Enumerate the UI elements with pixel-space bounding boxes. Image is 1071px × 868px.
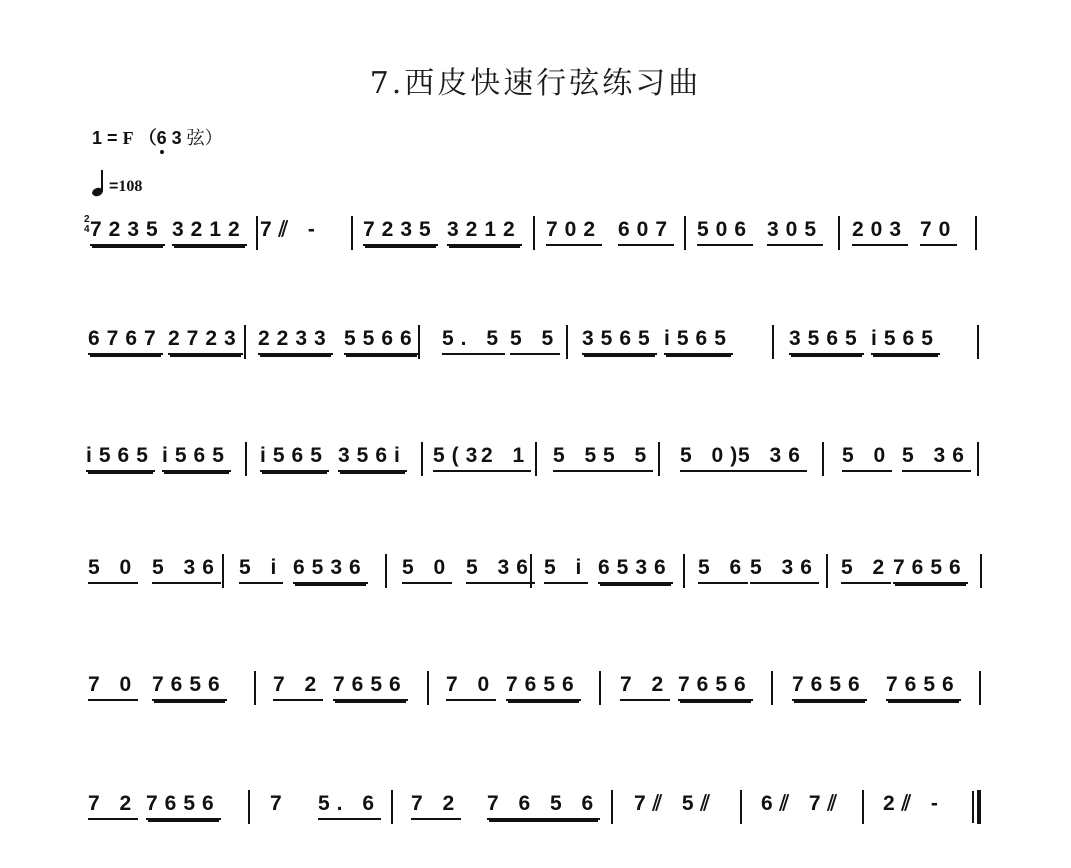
- tempo-equals: =: [109, 178, 118, 196]
- barline: [822, 442, 824, 476]
- beat-group: i565: [871, 327, 940, 355]
- beat-group: 5 36: [750, 556, 819, 584]
- beat-group: 702: [546, 218, 602, 246]
- beat-group: 5 36: [152, 556, 221, 584]
- beat-group: 607: [618, 218, 674, 246]
- beat-group: 5. 6: [318, 792, 381, 820]
- beat-group: 5 5: [603, 444, 653, 472]
- barline: [566, 325, 568, 359]
- barline: [418, 325, 420, 359]
- beat-group: 5 5: [553, 444, 603, 472]
- score-line: 67672723223355665. 55 53565i5653565i565: [0, 323, 1071, 383]
- beat-group: 7235: [90, 218, 165, 246]
- beat-group: 5 36: [738, 444, 807, 472]
- beat-group: 5 i: [544, 556, 588, 584]
- key-equals: =: [107, 128, 118, 148]
- barline: [421, 442, 423, 476]
- tempo-bpm: 108: [118, 178, 142, 196]
- barline: [351, 216, 353, 250]
- barline: [222, 554, 224, 588]
- beat-group: i565: [86, 444, 155, 472]
- beat-group: 6⫽ 7⫽: [761, 792, 844, 816]
- beat-group: 7 0: [446, 673, 496, 701]
- beat-group: 5 36: [902, 444, 971, 472]
- barline: [862, 790, 864, 824]
- beat-group: 7 2: [620, 673, 670, 701]
- beat-group: 5. 5: [442, 327, 505, 355]
- barline: [683, 554, 685, 588]
- beat-group: 5 6: [698, 556, 748, 584]
- beat-group: 7656: [792, 673, 867, 701]
- beat-group: 356i: [338, 444, 407, 472]
- barline: [533, 216, 535, 250]
- barline: [979, 671, 981, 705]
- score-line: 5 05 365 i65365 05 365 i65365 65 365 276…: [0, 552, 1071, 612]
- barline: [599, 671, 601, 705]
- score-line: 723532127⫽ -7235321270260750630520370: [0, 214, 1071, 274]
- barline: [684, 216, 686, 250]
- beat-group: i565: [260, 444, 329, 472]
- beat-group: 7656: [146, 792, 221, 820]
- barline: [980, 554, 982, 588]
- beat-group: i565: [664, 327, 733, 355]
- beat-group: 6536: [293, 556, 368, 584]
- beat-group: 5566: [344, 327, 419, 355]
- beat-group: 7656: [506, 673, 581, 701]
- barline: [256, 216, 258, 250]
- beat-group: 7⫽ 5⫽: [634, 792, 717, 816]
- barline: [245, 442, 247, 476]
- beat-group: 203: [852, 218, 908, 246]
- beat-group: 7656: [152, 673, 227, 701]
- barline: [771, 671, 773, 705]
- barline: [740, 790, 742, 824]
- beat-group: 70: [920, 218, 957, 246]
- beat-group: 6536: [598, 556, 673, 584]
- beat-group: 7656: [333, 673, 408, 701]
- beat-group: 5 5: [510, 327, 560, 355]
- barline: [535, 442, 537, 476]
- barline: [244, 325, 246, 359]
- beat-group: 7 2: [411, 792, 461, 820]
- barline: [838, 216, 840, 250]
- beat-group: 2233: [258, 327, 333, 355]
- beat-group: 3565: [789, 327, 864, 355]
- beat-group: 7: [270, 792, 289, 816]
- barline: [391, 790, 393, 824]
- beat-group: 3212: [447, 218, 522, 246]
- beat-group: 5 0): [680, 444, 744, 472]
- beat-group: 7656: [678, 673, 753, 701]
- beat-group: 2723: [168, 327, 243, 355]
- barline: [658, 442, 660, 476]
- beat-group: 5 2: [841, 556, 891, 584]
- beat-group: 7656: [893, 556, 968, 584]
- barline: [611, 790, 613, 824]
- strings-label: 弦）: [187, 128, 223, 148]
- barline: [385, 554, 387, 588]
- score-line: 7 2765675. 67 27 6 5 67⫽ 5⫽6⫽ 7⫽2⫽ -: [0, 788, 1071, 848]
- string-low: 6: [157, 128, 167, 149]
- barline: [427, 671, 429, 705]
- beat-group: 7656: [886, 673, 961, 701]
- beat-group: 5 i: [239, 556, 283, 584]
- beat-group: 2 1: [481, 444, 531, 472]
- beat-group: 6767: [88, 327, 163, 355]
- beat-group: 7235: [363, 218, 438, 246]
- barline: [977, 442, 979, 476]
- beat-group: 7 0: [88, 673, 138, 701]
- barline: [248, 790, 250, 824]
- tempo-marking: = 108: [92, 170, 142, 196]
- barline: [977, 325, 979, 359]
- barline: [530, 554, 532, 588]
- beat-group: 305: [767, 218, 823, 246]
- beat-group: 506: [697, 218, 753, 246]
- barline: [975, 216, 977, 250]
- score-line: i565i565i565356i5(32 15 55 55 0)5 365 05…: [0, 440, 1071, 500]
- beat-group: 5 0: [842, 444, 892, 472]
- key-signature: 1 = F （6 3 弦）: [92, 124, 223, 150]
- key-note: F: [123, 128, 134, 148]
- final-barline: [977, 790, 981, 824]
- beat-group: 7 2: [273, 673, 323, 701]
- beat-group: i565: [162, 444, 231, 472]
- quarter-note-icon: [92, 170, 103, 196]
- string-high: 3: [172, 128, 182, 148]
- beat-group: 7⫽ -: [260, 218, 322, 242]
- beat-group: 3565: [582, 327, 657, 355]
- key-tonic: 1: [92, 128, 102, 148]
- beat-group: 5 0: [88, 556, 138, 584]
- piece-title: 7.西皮快速行弦练习曲: [0, 58, 1071, 102]
- barline: [772, 325, 774, 359]
- score-line: 7 076567 276567 076567 2765676567656: [0, 669, 1071, 729]
- beat-group: 7 6 5 6: [487, 792, 600, 820]
- beat-group: 5(3: [433, 444, 484, 472]
- beat-group: 5 36: [466, 556, 535, 584]
- paren-open: （: [139, 128, 157, 148]
- beat-group: 7 2: [88, 792, 138, 820]
- barline: [826, 554, 828, 588]
- beat-group: 3212: [172, 218, 247, 246]
- barline: [254, 671, 256, 705]
- beat-group: 2⫽ -: [883, 792, 945, 816]
- beat-group: 5 0: [402, 556, 452, 584]
